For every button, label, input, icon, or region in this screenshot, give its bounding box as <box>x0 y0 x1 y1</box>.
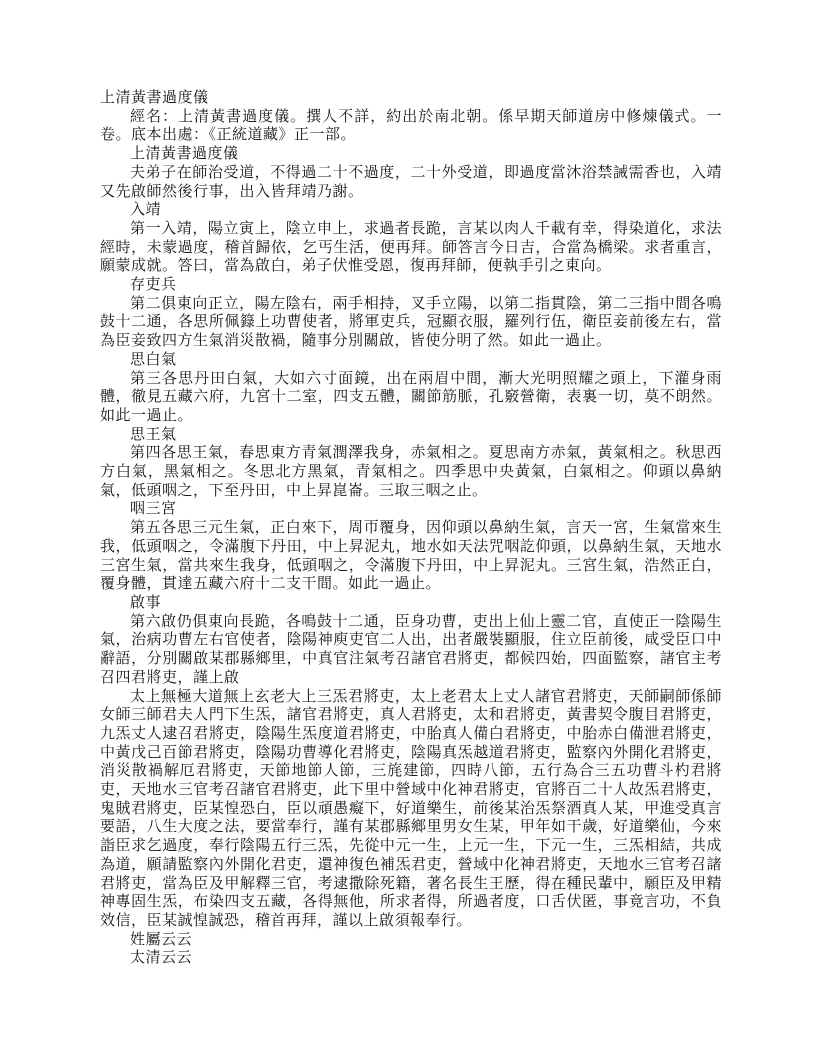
section-heading-sibaiqi: 思白氣 <box>100 350 722 369</box>
paragraph-sibaiqi: 第三各思丹田白氣，大如六寸面鏡，出在兩眉中間，漸大光明照耀之頭上，下灌身雨體，徹… <box>100 369 722 425</box>
section-heading-cunlibing: 存吏兵 <box>100 275 722 294</box>
section-heading-xingshu: 姓屬云云 <box>100 930 722 949</box>
paragraph-yansangong: 第五各思三元生氣，正白來下，周帀覆身，因仰頭以鼻納生氣，言天一宮，生氣當來生我，… <box>100 518 722 593</box>
section-heading-rujing: 入靖 <box>100 200 722 219</box>
paragraph-qishi: 第六啟仍俱東向長跪，各鳴鼓十二通，臣身功曹，吏出上仙上靈二官，直使正一陰陽生氣，… <box>100 612 722 687</box>
section-heading-siwangqi: 思王氣 <box>100 425 722 444</box>
paragraph-preface: 夫弟子在師治受道，不得過二十不過度，二十外受道，即過度當沐浴禁誡需香也，入靖又先… <box>100 163 722 200</box>
section-heading-qishi: 啟事 <box>100 593 722 612</box>
paragraph-invocation: 太上無極大道無上玄老大上三炁君將吏，太上老君太上丈人諸官君將吏，天師嗣師係師女師… <box>100 687 722 930</box>
document-body: 上清黃書過度儀 經名：上清黃書過度儀。撰人不詳，約出於南北朝。係早期天師道房中修… <box>100 88 722 967</box>
paragraph-cunlibing: 第二俱東向正立，陽左陰右，兩手相持，叉手立陽，以第二指貫陰，第二三指中間各鳴鼓十… <box>100 294 722 350</box>
section-heading-taiqing: 太清云云 <box>100 948 722 967</box>
paragraph-siwangqi: 第四各思王氣，春思東方青氣潤澤我身，赤氣相之。夏思南方赤氣，黃氣相之。秋思西方白… <box>100 443 722 499</box>
paragraph-colophon: 經名：上清黃書過度儀。撰人不詳，約出於南北朝。係早期天師道房中修煉儀式。一卷。底… <box>100 107 722 144</box>
paragraph-rujing: 第一入靖，陽立寅上，陰立申上，求過者長跪，言某以肉人千載有幸，得染道化，求法經時… <box>100 219 722 275</box>
document-page: 上清黃書過度儀 經名：上清黃書過度儀。撰人不詳，約出於南北朝。係早期天師道房中修… <box>0 0 816 1056</box>
section-heading-yansangong: 咽三宮 <box>100 499 722 518</box>
document-title: 上清黃書過度儀 <box>100 88 722 107</box>
section-heading-title: 上清黃書過度儀 <box>100 144 722 163</box>
